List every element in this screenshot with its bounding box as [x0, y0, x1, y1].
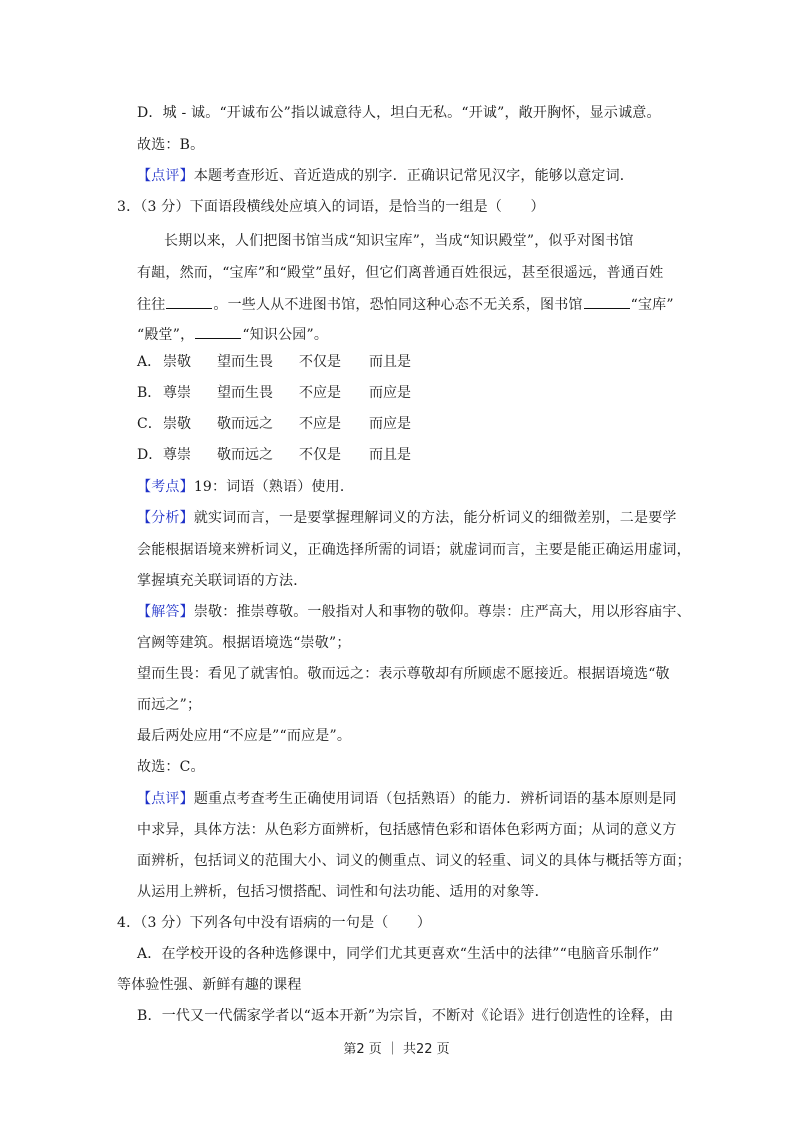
- question-4-header: 4．（3 分）下列各句中没有语病的一句是（ ）: [117, 913, 657, 933]
- q3-option-b: B．尊崇望而生畏不应是而应是: [137, 383, 429, 403]
- q3-jieda-line-1: 【解答】崇敬：推崇尊敬。一般指对人和事物的敬仰。尊崇：庄严高大，用以形容庙宇、: [137, 602, 677, 622]
- option-letter: D．: [137, 445, 163, 465]
- option-word: 而且是: [369, 352, 429, 372]
- q3-dianping-line-3: 面辨析，包括词义的范围大小、词义的侧重点、词义的轻重、词义的具体与概括等方面；: [137, 851, 677, 871]
- q3-passage-line-4: “殿堂”，“知识公园”。: [137, 324, 677, 345]
- prev-option-d-explanation: D．城 - 诚。“开诚布公”指以诚意待人，坦白无私。“开诚”，敞开胸怀，显示诚意…: [137, 103, 677, 123]
- passage-text: 。一些人从不进图书馆，恐怕同这种心态不无关系，图书馆: [213, 297, 582, 313]
- passage-text: “宝库”: [631, 297, 674, 313]
- q3-option-d: D．尊崇敬而远之不仅是而且是: [137, 445, 429, 465]
- option-word: 而应是: [369, 383, 429, 403]
- q3-jieda-line-4: 而远之”；: [137, 695, 677, 715]
- fenxi-tag: 【分析】: [137, 510, 194, 526]
- q3-passage-line-3: 往往。一些人从不进图书馆，恐怕同这种心态不无关系，图书馆“宝库”: [137, 294, 677, 315]
- q3-passage-line-2: 有龃，然而，“宝库”和“殿堂”虽好，但它们离普通百姓很远，甚至很遥远，普通百姓: [137, 263, 677, 283]
- page-footer: 第2 页 ｜ 共22 页: [0, 1038, 793, 1057]
- q3-dianping-line-4: 从运用上辨析，包括习惯搭配、词性和句法功能、适用的对象等．: [137, 882, 677, 902]
- option-word: 敬而远之: [217, 414, 299, 434]
- option-word: 不仅是: [299, 445, 369, 465]
- option-letter: A．: [137, 352, 163, 372]
- option-word: 敬而远之: [217, 445, 299, 465]
- passage-text: 往往: [137, 297, 165, 313]
- q3-option-c: C．崇敬敬而远之不应是而应是: [137, 414, 429, 434]
- jieda-tag: 【解答】: [137, 604, 194, 620]
- q3-answer: 故选：C。: [137, 757, 677, 777]
- question-3-header: 3．（3 分）下面语段横线处应填入的词语，是恰当的一组是（ ）: [117, 197, 657, 217]
- jieda-text: 崇敬：推崇尊敬。一般指对人和事物的敬仰。尊崇：庄严高大，用以形容庙宇、: [194, 604, 691, 620]
- option-letter: C．: [137, 414, 163, 434]
- kaodian-tag: 【考点】: [137, 479, 194, 495]
- dianping-tag: 【点评】: [137, 791, 194, 807]
- prev-comment: 【点评】本题考查形近、音近造成的别字．正确识记常见汉字，能够以意定词．: [137, 166, 677, 186]
- q3-jieda-line-2: 宫阙等建筑。根据语境选“崇敬”；: [137, 633, 677, 653]
- option-word: 不应是: [299, 414, 369, 434]
- option-word: 尊崇: [163, 445, 217, 465]
- comment-tag: 【点评】: [137, 168, 194, 184]
- document-page: D．城 - 诚。“开诚布公”指以诚意待人，坦白无私。“开诚”，敞开胸怀，显示诚意…: [0, 0, 793, 1122]
- fill-blank-2: [584, 294, 630, 309]
- q3-fenxi-line-1: 【分析】就实词而言，一是要掌握理解词义的方法，能分析词义的细微差别，二是要学: [137, 508, 677, 528]
- option-word: 尊崇: [163, 383, 217, 403]
- q3-dianping-line-1: 【点评】题重点考查考生正确使用词语（包括熟语）的能力．辨析词语的基本原则是同: [137, 789, 677, 809]
- q3-jieda-line-3: 望而生畏：看见了就害怕。敬而远之：表示尊敬却有所顾虑不愿接近。根据语境选“敬: [137, 664, 677, 684]
- q3-option-a: A．崇敬望而生畏不仅是而且是: [137, 352, 429, 372]
- option-word: 望而生畏: [217, 383, 299, 403]
- option-word: 不应是: [299, 383, 369, 403]
- option-word: 望而生畏: [217, 352, 299, 372]
- q3-fenxi-line-2: 会能根据语境来辨析词义，正确选择所需的词语；就虚词而言，主要是能正确运用虚词，: [137, 540, 677, 560]
- q4-option-b-line-1: B．一代又一代儒家学者以“返本开新”为宗旨，不断对《论语》进行创造性的诠释，由: [137, 1006, 677, 1026]
- q3-fenxi-line-3: 掌握填充关联词语的方法．: [137, 571, 677, 591]
- fill-blank-3: [195, 324, 241, 339]
- option-letter: B．: [137, 383, 163, 403]
- option-word: 而且是: [369, 445, 429, 465]
- comment-text: 本题考查形近、音近造成的别字．正确识记常见汉字，能够以意定词．: [194, 168, 634, 184]
- q4-option-a-line-2: 等体验性强、新鲜有趣的课程: [117, 975, 657, 995]
- fill-blank-1: [166, 294, 212, 309]
- q3-passage-line-1: 长期以来，人们把图书馆当成“知识宝库”，当成“知识殿堂”，似乎对图书馆: [164, 231, 704, 251]
- passage-text: “殿堂”，: [137, 327, 194, 343]
- option-word: 而应是: [369, 414, 429, 434]
- kaodian-text: 19：词语（熟语）使用．: [194, 479, 354, 495]
- q4-option-a-line-1: A．在学校开设的各种选修课中，同学们尤其更喜欢“生活中的法律”“电脑音乐制作”: [137, 944, 677, 964]
- fenxi-text: 就实词而言，一是要掌握理解词义的方法，能分析词义的细微差别，二是要学: [194, 510, 677, 526]
- q3-jieda-line-5: 最后两处应用“不应是”“而应是”。: [137, 726, 677, 746]
- q3-dianping-line-2: 中求异，具体方法：从色彩方面辨析，包括感情色彩和语体色彩两方面；从词的意义方: [137, 820, 677, 840]
- prev-answer: 故选：B。: [137, 135, 677, 155]
- passage-text: “知识公园”。: [242, 327, 328, 343]
- dianping-text: 题重点考查考生正确使用词语（包括熟语）的能力．辨析词语的基本原则是同: [194, 791, 677, 807]
- option-word: 崇敬: [163, 352, 217, 372]
- option-word: 崇敬: [163, 414, 217, 434]
- option-word: 不仅是: [299, 352, 369, 372]
- q3-kaodian: 【考点】19：词语（熟语）使用．: [137, 477, 677, 497]
